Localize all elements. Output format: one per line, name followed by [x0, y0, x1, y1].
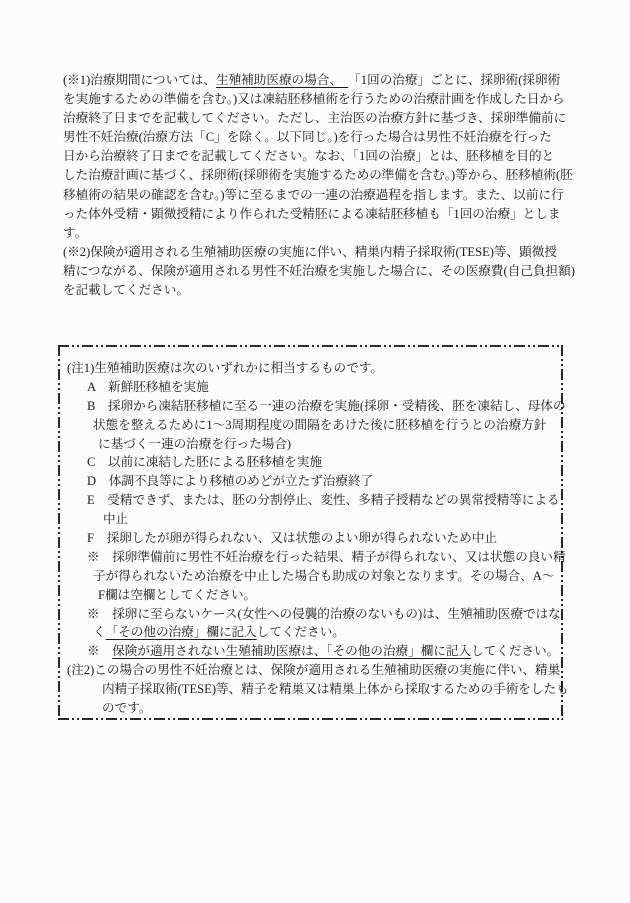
text-line: C 以前に凍結した胚による胚移植を実施	[87, 453, 563, 472]
text-line: した治療計画に基づく、採卵術(採卵術を実施するための準備を含む。)等から、胚移植…	[63, 166, 583, 185]
note-box-border-bottom	[58, 718, 563, 720]
text-segment: ※ 採卵に至らないケース(女性への侵襲的治療のないもの)は、生殖補助医療ではな	[87, 607, 561, 621]
text-line: く「その他の治療」欄に記入してください。	[93, 623, 563, 642]
note-box-content: (注1)生殖補助医療は次のいずれかに相当するものです。A 新鮮胚移植を実施B 採…	[58, 359, 563, 718]
text-line: 精につながる、保険が適用される男性不妊治療を実施した場合に、その医療費(自己負担…	[63, 262, 583, 281]
text-line: F 採卵したが卵が得られない、又は状態のよい卵が得られないため中止	[87, 529, 563, 548]
text-line: ※ 採卵準備前に男性不妊治療を行った結果、精子が得られない、又は状態の良い精	[87, 548, 563, 567]
text-line: 移植術の結果の確認を含む。)等に至るまでの一連の治療過程を指します。また、以前に…	[63, 186, 583, 205]
underlined-text: 「その他の治療」欄に記入	[106, 625, 257, 639]
text-segment: を記載してください。	[63, 283, 189, 297]
text-segment: A 新鮮胚移植を実施	[87, 380, 209, 394]
note-box-border-top	[58, 345, 563, 347]
text-segment: 治療終了日までを記載してください。ただし、主治医の治療方針に基づき、採卵準備前に	[63, 111, 566, 125]
text-line: (※1)治療期間については、生殖補助医療の場合、 「1回の治療」ごとに、採卵術(…	[63, 71, 583, 90]
text-line: を記載してください。	[63, 281, 583, 300]
text-segment: 中止	[103, 512, 128, 526]
text-segment: (※1)治療期間については、	[63, 73, 216, 87]
text-segment: した治療計画に基づく、採卵術(採卵術を実施するための準備を含む。)等から、胚移植…	[63, 168, 573, 182]
text-segment: E 受精できず、または、胚の分割停止、変性、多精子授精などの異常授精等による	[87, 493, 560, 507]
text-line: (※2)保険が適用される生殖補助医療の実施に伴い、精巣内精子採取術(TESE)等…	[63, 243, 583, 262]
text-line: のです。	[102, 699, 563, 718]
text-segment: 「1回の治療」ごとに、採卵術(採卵術	[348, 73, 560, 87]
text-line: D 体調不良等により移植のめどが立たず治療終了	[87, 472, 563, 491]
text-segment: った体外受精・顕微授精により作られた受精胚による凍結胚移植も「1回の治療」としま	[63, 207, 560, 221]
text-line: を実施するための準備を含む。)又は凍結胚移植術を行うための治療計画を作成した日か…	[63, 90, 583, 109]
text-segment: 日から治療終了日までを記載してください。なお、「1回の治療」とは、胚移植を目的と	[63, 149, 554, 163]
underlined-text: 生殖補助医療の場合、	[216, 73, 348, 87]
text-segment: 移植術の結果の確認を含む。)等に至るまでの一連の治療過程を指します。また、以前に…	[63, 188, 564, 202]
note-box: (注1)生殖補助医療は次のいずれかに相当するものです。A 新鮮胚移植を実施B 採…	[58, 345, 563, 720]
text-segment: 男性不妊治療(治療方法「C」を除く。以下同じ。)を行った場合は男性不妊治療を行っ…	[63, 130, 552, 144]
text-segment: 精につながる、保険が適用される男性不妊治療を実施した場合に、その医療費(自己負担…	[63, 264, 575, 278]
text-segment: ※	[87, 644, 112, 658]
text-segment: B 採卵から凍結胚移植に至る一連の治療を実施(採卵・受精後、胚を凍結し、母体の	[87, 399, 566, 413]
text-line: 状態を整えるために1〜3周期程度の間隔をあけた後に胚移植を行うとの治療方針	[93, 416, 563, 435]
text-segment: F欄は空欄としてください。	[98, 588, 256, 602]
text-line: 子が得られないため治療を中止した場合も助成の対象となります。その場合、A〜	[93, 567, 563, 586]
remarks-notes-block: (※1)治療期間については、生殖補助医療の場合、 「1回の治療」ごとに、採卵術(…	[63, 71, 583, 300]
text-line: った体外受精・顕微授精により作られた受精胚による凍結胚移植も「1回の治療」としま	[63, 205, 583, 224]
text-segment: を実施するための準備を含む。)又は凍結胚移植術を行うための治療計画を作成した日か…	[63, 92, 565, 106]
text-segment: してください。	[471, 644, 559, 658]
text-segment: C 以前に凍結した胚による胚移植を実施	[87, 455, 322, 469]
text-line: (注2)この場合の男性不妊治療とは、保険が適用される生殖補助医療の実施に伴い、精…	[67, 661, 563, 680]
text-segment: (注2)この場合の男性不妊治療とは、保険が適用される生殖補助医療の実施に伴い、精…	[67, 663, 560, 677]
text-segment: 内精子採取術(TESE)等、精子を精巣又は精巣上体から採取するための手術をしたも	[102, 682, 569, 696]
text-segment: (※2)保険が適用される生殖補助医療の実施に伴い、精巣内精子採取術(TESE)等…	[63, 245, 557, 259]
text-line: 男性不妊治療(治療方法「C」を除く。以下同じ。)を行った場合は男性不妊治療を行っ…	[63, 128, 583, 147]
text-segment: に基づく一連の治療を行った場合)	[98, 437, 291, 451]
text-segment: 状態を整えるために1〜3周期程度の間隔をあけた後に胚移植を行うとの治療方針	[93, 418, 546, 432]
text-line: す。	[63, 224, 583, 243]
text-line: ※ 保険が適用されない生殖補助医療は、「その他の治療」欄に記入してください。	[87, 642, 563, 661]
text-line: F欄は空欄としてください。	[98, 586, 563, 605]
document-page: (※1)治療期間については、生殖補助医療の場合、 「1回の治療」ごとに、採卵術(…	[0, 0, 630, 903]
text-segment: (注1)生殖補助医療は次のいずれかに相当するものです。	[67, 361, 383, 375]
underlined-text: 保険が適用されない生殖補助医療は、「その他の治療」欄に記入	[112, 644, 471, 658]
text-segment: ※ 採卵準備前に男性不妊治療を行った結果、精子が得られない、又は状態の良い精	[87, 550, 566, 564]
text-line: 治療終了日までを記載してください。ただし、主治医の治療方針に基づき、採卵準備前に	[63, 109, 583, 128]
text-segment: す。	[63, 226, 87, 240]
text-line: 内精子採取術(TESE)等、精子を精巣又は精巣上体から採取するための手術をしたも	[102, 680, 563, 699]
text-line: に基づく一連の治療を行った場合)	[98, 435, 563, 454]
text-line: (注1)生殖補助医療は次のいずれかに相当するものです。	[67, 359, 563, 378]
text-line: A 新鮮胚移植を実施	[87, 378, 563, 397]
text-line: ※ 採卵に至らないケース(女性への侵襲的治療のないもの)は、生殖補助医療ではな	[87, 605, 563, 624]
text-segment: してください。	[257, 625, 345, 639]
text-segment: F 採卵したが卵が得られない、又は状態のよい卵が得られないため中止	[87, 531, 497, 545]
text-line: 中止	[103, 510, 563, 529]
text-line: 日から治療終了日までを記載してください。なお、「1回の治療」とは、胚移植を目的と	[63, 147, 583, 166]
text-segment: 子が得られないため治療を中止した場合も助成の対象となります。その場合、A〜	[93, 569, 554, 583]
text-segment: く	[93, 625, 106, 639]
text-segment: D 体調不良等により移植のめどが立たず治療終了	[87, 474, 373, 488]
text-line: B 採卵から凍結胚移植に至る一連の治療を実施(採卵・受精後、胚を凍結し、母体の	[87, 397, 563, 416]
text-segment: のです。	[102, 701, 151, 715]
text-line: E 受精できず、または、胚の分割停止、変性、多精子授精などの異常授精等による	[87, 491, 563, 510]
